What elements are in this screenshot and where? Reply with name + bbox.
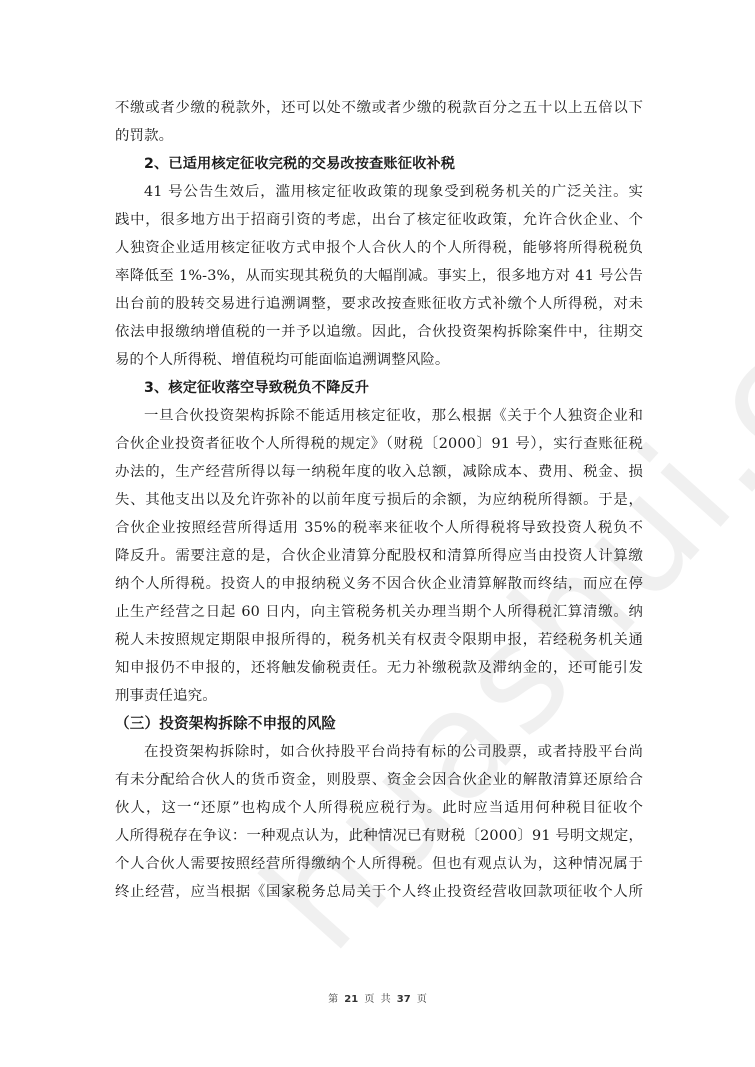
- paragraph-line: 降反升。需要注意的是，合伙企业清算分配股权和清算所得应当由投资人计算缴: [115, 542, 643, 570]
- page-footer: 第 21 页 共 37 页: [0, 990, 755, 1005]
- paragraph-line: 率降低至 1%-3%，从而实现其税负的大幅削减。事实上，很多地方对 41 号公告: [115, 262, 643, 290]
- paragraph-line: 终止经营，应当根据《国家税务总局关于个人终止投资经营收回款项征收个人所: [115, 878, 643, 906]
- paragraph-line: 不缴或者少缴的税款外，还可以处不缴或者少缴的税款百分之五十以上五倍以下: [115, 94, 643, 122]
- paragraph-line: 合伙企业按照经营所得适用 35%的税率来征收个人所得税将导致投资人税负不: [115, 514, 643, 542]
- document-body: 不缴或者少缴的税款外，还可以处不缴或者少缴的税款百分之五十以上五倍以下 的罚款。…: [115, 94, 643, 906]
- paragraph-line: 知申报仍不申报的，还将触发偷税责任。无力补缴税款及滞纳金的，还可能引发: [115, 654, 643, 682]
- paragraph-line: 个人合伙人需要按照经营所得缴纳个人所得税。但也有观点认为，这种情况属于: [115, 850, 643, 878]
- paragraph-line: 人独资企业适用核定征收方式申报个人合伙人的个人所得税，能够将所得税税负: [115, 234, 643, 262]
- subheading-2: 2、已适用核定征收完税的交易改按查账征收补税: [115, 150, 643, 178]
- paragraph-line: 在投资架构拆除时，如合伙持股平台尚持有标的公司股票，或者持股平台尚: [115, 738, 643, 766]
- paragraph-line: 纳个人所得税。投资人的申报纳税义务不因合伙企业清算解散而终结，而应在停: [115, 570, 643, 598]
- current-page-number: 21: [344, 994, 358, 1005]
- section-heading-3: （三）投资架构拆除不申报的风险: [115, 710, 643, 738]
- paragraph-line: 止生产经营之日起 60 日内，向主管税务机关办理当期个人所得税汇算清缴。纳: [115, 598, 643, 626]
- paragraph-line: 的罚款。: [115, 122, 643, 150]
- paragraph-line: 办法的，生产经营所得以每一纳税年度的收入总额，减除成本、费用、税金、损: [115, 458, 643, 486]
- paragraph-line: 41 号公告生效后，滥用核定征收政策的现象受到税务机关的广泛关注。实: [115, 178, 643, 206]
- subheading-3: 3、核定征收落空导致税负不降反升: [115, 374, 643, 402]
- paragraph-line: 伙人，这一“还原”也构成个人所得税应税行为。此时应当适用何种税目征收个: [115, 794, 643, 822]
- paragraph-line: 践中，很多地方出于招商引资的考虑，出台了核定征收政策，允许合伙企业、个: [115, 206, 643, 234]
- paragraph-line: 出台前的股转交易进行追溯调整，要求改按查账征收方式补缴个人所得税，对未: [115, 290, 643, 318]
- paragraph-line: 依法申报缴纳增值税的一并予以追缴。因此，合伙投资架构拆除案件中，往期交: [115, 318, 643, 346]
- footer-suffix: 页: [417, 994, 427, 1005]
- footer-prefix: 第: [328, 994, 338, 1005]
- paragraph-line: 税人未按照规定期限申报所得的，税务机关有权责令限期申报，若经税务机关通: [115, 626, 643, 654]
- paragraph-line: 有未分配给合伙人的货币资金，则股票、资金会因合伙企业的解散清算还原给合: [115, 766, 643, 794]
- total-pages-number: 37: [397, 994, 411, 1005]
- paragraph-line: 失、其他支出以及允许弥补的以前年度亏损后的余额，为应纳税所得额。于是，: [115, 486, 643, 514]
- paragraph-line: 合伙企业投资者征收个人所得税的规定》（财税〔2000〕91 号），实行查账征税: [115, 430, 643, 458]
- paragraph-line: 易的个人所得税、增值税均可能面临追溯调整风险。: [115, 346, 643, 374]
- paragraph-line: 刑事责任追究。: [115, 682, 643, 710]
- paragraph-line: 一旦合伙投资架构拆除不能适用核定征收，那么根据《关于个人独资企业和: [115, 402, 643, 430]
- document-page: huashui.com 不缴或者少缴的税款外，还可以处不缴或者少缴的税款百分之五…: [0, 0, 755, 1067]
- footer-middle: 页 共: [364, 994, 390, 1005]
- paragraph-line: 人所得税存在争议：一种观点认为，此种情况已有财税〔2000〕91 号明文规定，: [115, 822, 643, 850]
